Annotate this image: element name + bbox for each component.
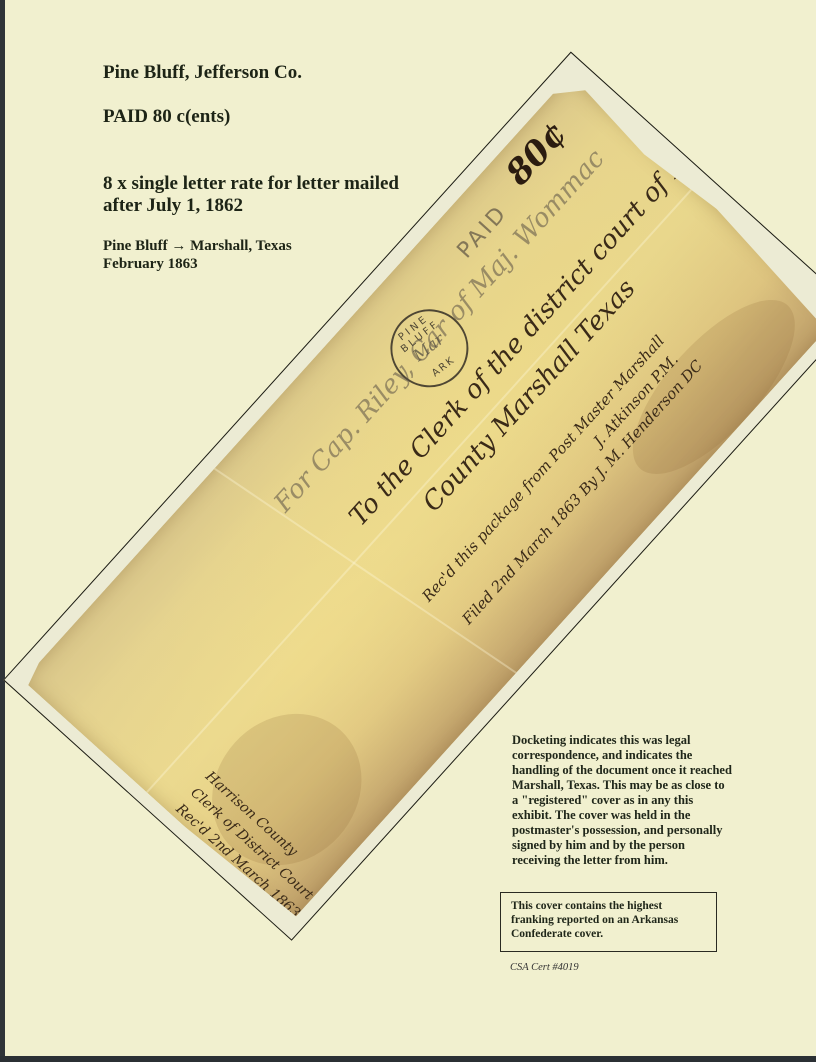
route-date: February 1863 [103,255,363,273]
route-line: Pine Bluff → Marshall, Texas [103,237,363,255]
highlight-note-box: This cover contains the highest franking… [500,892,717,952]
heading-town: Pine Bluff, Jefferson Co. [103,62,302,84]
scan-border-bottom [0,1056,816,1062]
certificate-note: CSA Cert #4019 [510,962,579,973]
docketing-note: Docketing indicates this was legal corre… [512,733,732,868]
heading-rate-paid: PAID 80 c(ents) [103,106,230,128]
route-info: Pine Bluff → Marshall, Texas February 18… [103,237,363,273]
heading-rate-description: 8 x single letter rate for letter mailed… [103,173,403,217]
